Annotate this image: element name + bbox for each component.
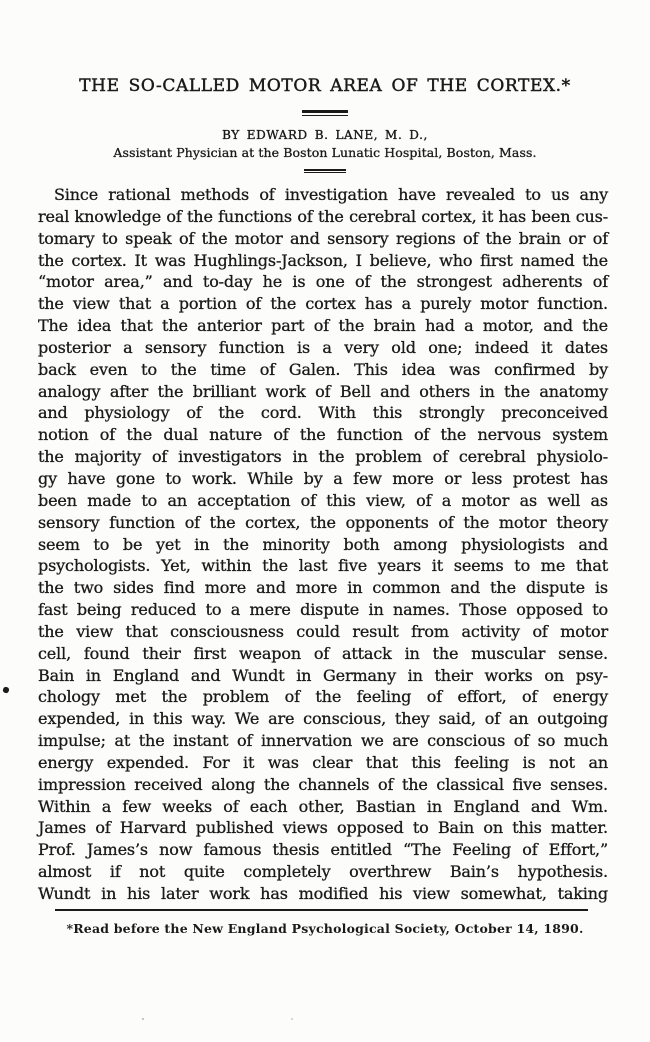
title-divider-rule	[302, 110, 348, 116]
body-line: the view that a portion of the cortex ha…	[38, 293, 608, 315]
body-line: impression received along the channels o…	[38, 774, 608, 796]
body-line: sensory function of the cortex, the oppo…	[38, 512, 608, 534]
body-line: fast being reduced to a mere dispute in …	[38, 599, 608, 621]
body-line: Prof. James’s now famous thesis entitled…	[38, 839, 608, 861]
body-line: expended, in this way. We are conscious,…	[38, 708, 608, 730]
body-line: posterior a sensory function is a very o…	[38, 337, 608, 359]
body-line: analogy after the brilliant work of Bell…	[38, 381, 608, 403]
byline-divider-rule	[304, 169, 346, 173]
body-line: been made to an acceptation of this view…	[38, 490, 608, 512]
footnote: *Read before the New England Psychologic…	[0, 921, 650, 936]
body-line: gy have gone to work. While by a few mor…	[38, 468, 608, 490]
body-line: real knowledge of the functions of the c…	[38, 206, 608, 228]
article-body: Since rational methods of investigation …	[38, 184, 608, 905]
body-line: seem to be yet in the minority both amon…	[38, 534, 608, 556]
body-line: “motor area,” and to-day he is one of th…	[38, 271, 608, 293]
body-line: psychologists. Yet, within the last five…	[38, 555, 608, 577]
body-line: back even to the time of Galen. This ide…	[38, 359, 608, 381]
scan-speck-artifact	[291, 1018, 293, 1020]
scan-speck-artifact	[142, 1018, 144, 1020]
body-line: the majority of investigators in the pro…	[38, 446, 608, 468]
body-line: The idea that the anterior part of the b…	[38, 315, 608, 337]
body-line: the two sides find more and more in comm…	[38, 577, 608, 599]
scanned-page: THE SO-CALLED MOTOR AREA OF THE CORTEX.*…	[0, 0, 650, 1042]
body-line: chology met the problem of the feeling o…	[38, 686, 608, 708]
body-line: Wundt in his later work has modified his…	[38, 883, 608, 905]
body-line: energy expended. For it was clear that t…	[38, 752, 608, 774]
footnote-divider-rule	[55, 909, 588, 911]
body-line: James of Harvard published views opposed…	[38, 817, 608, 839]
body-line: and physiology of the cord. With this st…	[38, 402, 608, 424]
body-line: notion of the dual nature of the functio…	[38, 424, 608, 446]
ink-blot-artifact	[2, 686, 10, 694]
body-line: the view that consciousness could result…	[38, 621, 608, 643]
body-line: cell, found their first weapon of attack…	[38, 643, 608, 665]
body-line: the cortex. It was Hughlings-Jackson, I …	[38, 250, 608, 272]
body-line: tomary to speak of the motor and sensory…	[38, 228, 608, 250]
body-line: almost if not quite completely overthrew…	[38, 861, 608, 883]
article-title: THE SO-CALLED MOTOR AREA OF THE CORTEX.*	[0, 76, 650, 96]
author-byline: BY EDWARD B. LANE, M. D.,	[0, 128, 650, 142]
body-line: Bain in England and Wundt in Germany in …	[38, 665, 608, 687]
author-affiliation: Assistant Physician at the Boston Lunati…	[0, 145, 650, 160]
body-line: Within a few weeks of each other, Bastia…	[38, 796, 608, 818]
body-line: impulse; at the instant of innervation w…	[38, 730, 608, 752]
body-line: Since rational methods of investigation …	[38, 184, 608, 206]
